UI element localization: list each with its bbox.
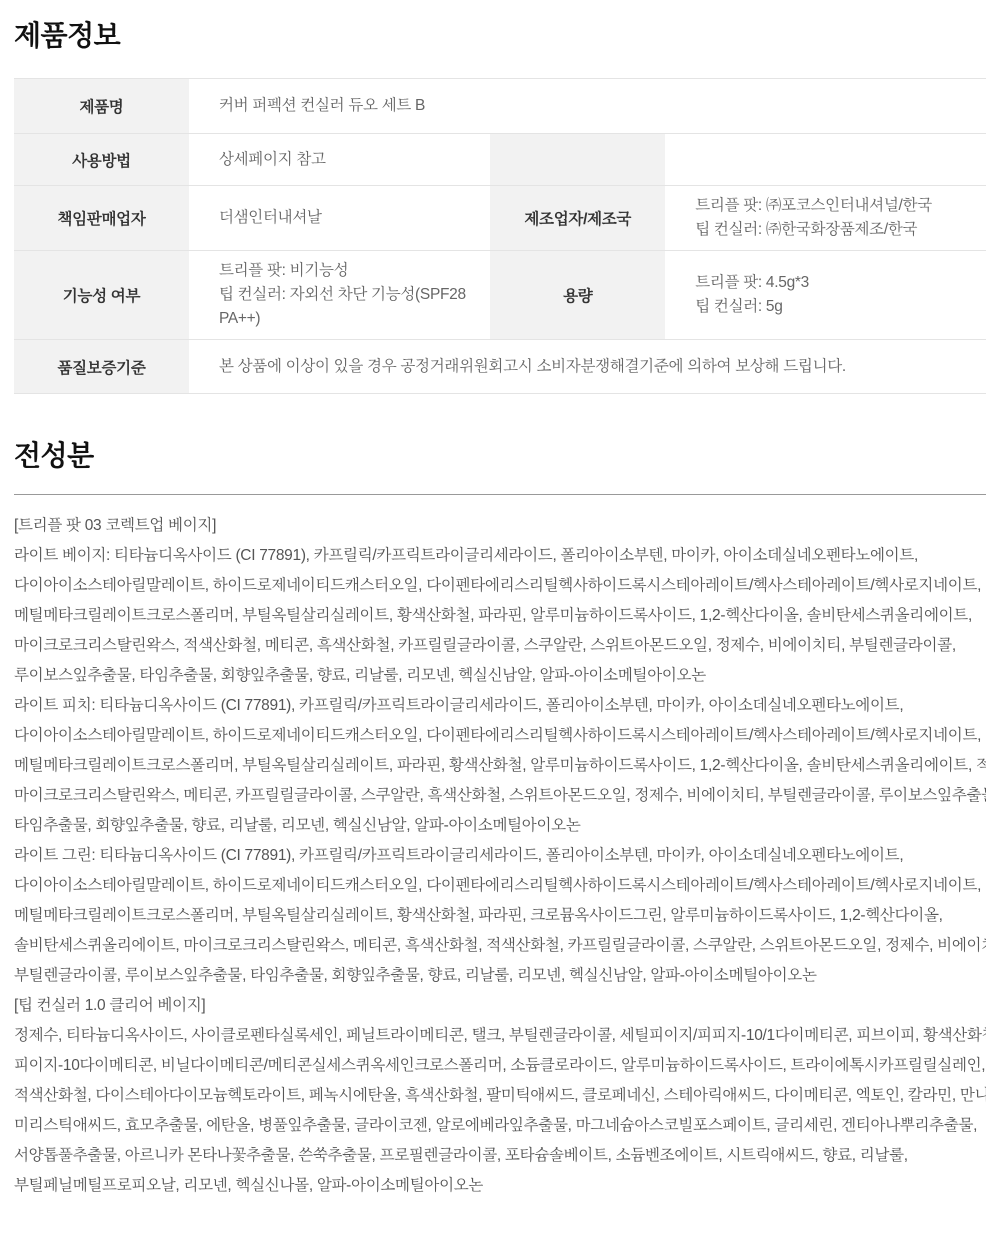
ingredient-line: 적색산화철, 다이스테아다이모늄헥토라이트, 페녹시에탄올, 흑색산화철, 팔미… (14, 1081, 986, 1111)
product-info-table: 제품명 커버 퍼펙션 컨실러 듀오 세트 B 사용방법 상세페이지 참고 책임판… (14, 78, 986, 394)
ingredient-line: 라이트 피치: 티타늄디옥사이드 (CI 77891), 카프릴릭/카프릭트라이… (14, 691, 986, 721)
ingredient-line: 다이아이소스테아릴말레이트, 하이드로제네이티드캐스터오일, 다이펜타에리스리틸… (14, 871, 986, 901)
row-label-empty (490, 134, 665, 186)
row-label-manufacturer: 제조업자/제조국 (490, 186, 665, 251)
ingredient-line: 메틸메타크릴레이트크로스폴리머, 부틸옥틸살리실레이트, 황색산화철, 파라핀,… (14, 901, 986, 931)
ingredient-line: 피이지-10다이메티콘, 비닐다이메티콘/메티콘실세스퀴옥세인크로스폴리머, 소… (14, 1051, 986, 1081)
row-label-usage: 사용방법 (14, 134, 189, 186)
ingredient-line: 부틸페닐메틸프로피오날, 리모넨, 헥실신나몰, 알파-아이소메틸아이오논 (14, 1171, 986, 1201)
ingredient-line: 마이크로크리스탈린왁스, 적색산화철, 메티콘, 흑색산화철, 카프릴릴글라이콜… (14, 631, 986, 661)
row-value-usage: 상세페이지 참고 (189, 134, 490, 186)
row-value-product-name: 커버 퍼펙션 컨실러 듀오 세트 B (189, 79, 986, 134)
row-value-functionality: 트리플 팟: 비기능성 팁 컨실러: 자외선 차단 기능성(SPF28 PA++… (189, 251, 490, 340)
ingredient-line: 마이크로크리스탈린왁스, 메티콘, 카프릴릴글라이콜, 스쿠알란, 흑색산화철,… (14, 781, 986, 811)
table-row-product-name: 제품명 커버 퍼펙션 컨실러 듀오 세트 B (14, 79, 986, 134)
table-row-seller-manufacturer: 책임판매업자 더샘인터내셔날 제조업자/제조국 트리플 팟: ㈜포코스인터내셔널… (14, 186, 986, 251)
row-value-quality-guarantee: 본 상품에 이상이 있을 경우 공정거래위원회고시 소비자분쟁해결기준에 의하여… (189, 340, 986, 394)
ingredients-list: [트리플 팟 03 코렉트업 베이지]라이트 베이지: 티타늄디옥사이드 (CI… (14, 511, 986, 1201)
product-detail-page: 제품정보 제품명 커버 퍼펙션 컨실러 듀오 세트 B 사용방법 상세페이지 참… (0, 0, 1000, 1241)
ingredient-line: 미리스틱애씨드, 효모추출물, 에탄올, 병풀잎추출물, 글라이코젠, 알로에베… (14, 1111, 986, 1141)
row-value-manufacturer: 트리플 팟: ㈜포코스인터내셔널/한국 팁 컨실러: ㈜한국화장품제조/한국 (665, 186, 986, 251)
row-value-volume: 트리플 팟: 4.5g*3 팁 컨실러: 5g (665, 251, 986, 340)
table-row-quality-guarantee: 품질보증기준 본 상품에 이상이 있을 경우 공정거래위원회고시 소비자분쟁해결… (14, 340, 986, 394)
table-row-functionality-volume: 기능성 여부 트리플 팟: 비기능성 팁 컨실러: 자외선 차단 기능성(SPF… (14, 251, 986, 340)
row-label-functionality: 기능성 여부 (14, 251, 189, 340)
ingredients-divider (14, 494, 986, 495)
ingredient-line: [트리플 팟 03 코렉트업 베이지] (14, 511, 986, 541)
ingredients-section-title: 전성분 (14, 440, 986, 472)
row-label-quality-guarantee: 품질보증기준 (14, 340, 189, 394)
ingredient-line: 메틸메타크릴레이트크로스폴리머, 부틸옥틸살리실레이트, 황색산화철, 파라핀,… (14, 601, 986, 631)
ingredient-line: [팁 컨실러 1.0 클리어 베이지] (14, 991, 986, 1021)
row-label-volume: 용량 (490, 251, 665, 340)
table-row-usage: 사용방법 상세페이지 참고 (14, 134, 986, 186)
row-value-seller: 더샘인터내셔날 (189, 186, 490, 251)
ingredient-line: 다이아이소스테아릴말레이트, 하이드로제네이티드캐스터오일, 다이펜타에리스리틸… (14, 571, 986, 601)
product-info-section-title: 제품정보 (14, 20, 986, 52)
ingredient-line: 다이아이소스테아릴말레이트, 하이드로제네이티드캐스터오일, 다이펜타에리스리틸… (14, 721, 986, 751)
ingredient-line: 서양톱풀추출물, 아르니카 몬타나꽃추출물, 쓴쑥추출물, 프로필렌글라이콜, … (14, 1141, 986, 1171)
ingredient-line: 부틸렌글라이콜, 루이보스잎추출물, 타임추출물, 회향잎추출물, 향료, 리날… (14, 961, 986, 991)
row-label-product-name: 제품명 (14, 79, 189, 134)
ingredient-line: 라이트 그린: 티타늄디옥사이드 (CI 77891), 카프릴릭/카프릭트라이… (14, 841, 986, 871)
ingredient-line: 루이보스잎추출물, 타임추출물, 회향잎추출물, 향료, 리날룰, 리모넨, 헥… (14, 661, 986, 691)
ingredient-line: 솔비탄세스퀴올리에이트, 마이크로크리스탈린왁스, 메티콘, 흑색산화철, 적색… (14, 931, 986, 961)
ingredient-line: 정제수, 티타늄디옥사이드, 사이클로펜타실록세인, 페닐트라이메티콘, 탤크,… (14, 1021, 986, 1051)
ingredient-line: 메틸메타크릴레이트크로스폴리머, 부틸옥틸살리실레이트, 파라핀, 황색산화철,… (14, 751, 986, 781)
ingredient-line: 타임추출물, 회향잎추출물, 향료, 리날룰, 리모넨, 헥실신남알, 알파-아… (14, 811, 986, 841)
row-value-empty (665, 134, 986, 186)
ingredient-line: 라이트 베이지: 티타늄디옥사이드 (CI 77891), 카프릴릭/카프릭트라… (14, 541, 986, 571)
row-label-seller: 책임판매업자 (14, 186, 189, 251)
